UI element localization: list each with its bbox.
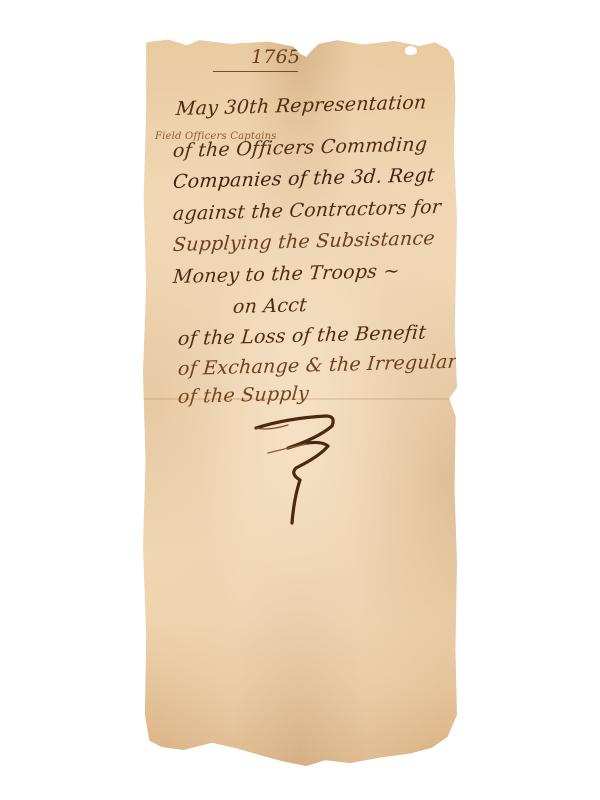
manuscript-line-date-title: May 30th Representation — [175, 91, 427, 120]
manuscript-line: Supplying the Subsistance — [172, 227, 436, 256]
manuscript-line: Companies of the 3d. Regt — [172, 164, 436, 193]
manuscript-line: against the Contractors for — [172, 196, 442, 225]
ink-flourish-mark — [248, 398, 358, 538]
manuscript-sheet: 1765 May 30th Representation Field Offic… — [143, 38, 457, 766]
manuscript-line: of the Loss of the Benefit — [177, 322, 427, 350]
docket-underline — [213, 71, 298, 72]
photo-stage: 1765 May 30th Representation Field Offic… — [0, 0, 600, 800]
paper-hole — [405, 46, 417, 55]
manuscript-line: on Acct — [232, 294, 308, 318]
manuscript-line: Money to the Troops ~ — [172, 260, 400, 288]
manuscript-line: of Exchange & the Irregularity — [177, 350, 483, 380]
docket-number: 1765 — [251, 46, 300, 68]
